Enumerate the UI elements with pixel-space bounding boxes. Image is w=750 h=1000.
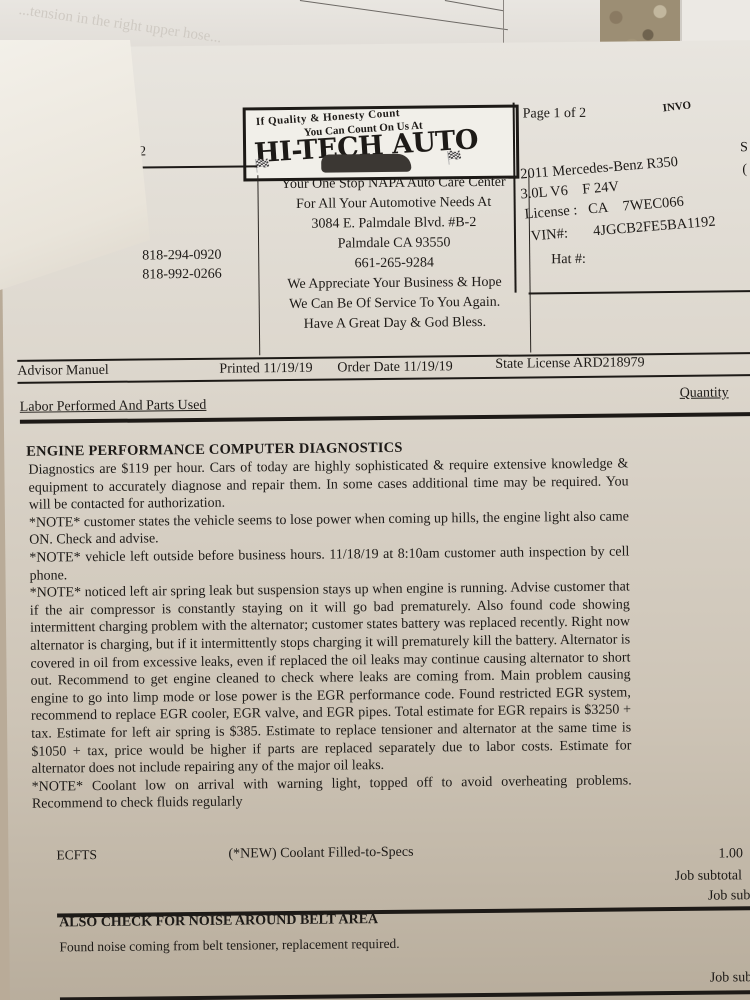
background-rule <box>445 0 504 11</box>
car-icon <box>321 154 411 173</box>
checkered-flag-icon: 🏁 <box>446 150 462 166</box>
shop-city: Palmdale CA 93550 <box>259 232 529 254</box>
shop-phone: 661-265-9284 <box>259 252 529 274</box>
job-subtotal-label: Job subt <box>708 888 750 904</box>
vin-label: VIN#: <box>530 226 568 245</box>
shop-tagline: Your One Stop NAPA Auto Care Center <box>258 172 528 194</box>
line-item-description: (*NEW) Coolant Filled-to-Specs <box>228 845 413 863</box>
header-rule <box>529 290 750 294</box>
license-plate: 7WEC066 <box>622 194 684 215</box>
shop-logo: If Quality & Honesty Count You Can Count… <box>243 105 520 182</box>
shop-thanks: We Can Be Of Service To You Again. <box>260 292 530 314</box>
job-title: ALSO CHECK FOR NOISE AROUND BELT AREA <box>59 912 378 931</box>
line-item-code: ECFTS <box>56 847 97 863</box>
shop-tagline: For All Your Automotive Needs At <box>259 192 529 214</box>
shop-thanks: Have A Great Day & God Bless. <box>260 312 530 334</box>
customer-phones: 818-294-0920 818-992-0266 <box>142 246 222 285</box>
quantity-header: Quantity <box>680 385 729 402</box>
license-state: CA <box>588 200 609 218</box>
state-license: State License ARD218979 <box>495 355 644 373</box>
line-item-quantity: 1.00 <box>718 846 743 862</box>
page-number: Page 1 of 2 <box>523 106 587 123</box>
job-separator-rule <box>60 990 750 1000</box>
shop-address: 3084 E. Palmdale Blvd. #B-2 <box>259 212 529 234</box>
labor-header: Labor Performed And Parts Used <box>20 398 207 416</box>
job-description: Found noise coming from belt tensioner, … <box>59 936 399 956</box>
job-subtotal-label: Job subtotal <box>675 868 742 885</box>
printed-date: Printed 11/19/19 <box>219 361 312 378</box>
job-paragraph: Diagnostics are $119 per hour. Cars of t… <box>28 455 629 514</box>
edge-char: ( <box>742 162 747 178</box>
background-rule <box>300 0 508 30</box>
edge-char: S <box>740 140 748 156</box>
vehicle-model: 2011 Mercedes-Benz R350 <box>520 154 679 184</box>
customer-phone: 818-294-0920 <box>142 246 222 266</box>
hat-number-label: Hat #: <box>551 252 586 268</box>
advisor: Advisor Manuel <box>17 363 109 380</box>
job-description: Diagnostics are $119 per hour. Cars of t… <box>28 455 632 813</box>
customer-phone: 818-992-0266 <box>142 265 222 285</box>
license-label: License : <box>524 202 578 222</box>
order-date: Order Date 11/19/19 <box>337 359 453 376</box>
shop-info-box: Your One Stop NAPA Auto Care Center For … <box>257 172 531 355</box>
job-note: *NOTE* noticed left air spring leak but … <box>30 579 632 779</box>
job-subtotal-label: Job subt <box>710 970 750 986</box>
job-note: *NOTE* Coolant low on arrival with warni… <box>32 772 632 813</box>
shop-thanks: We Appreciate Your Business & Hope <box>259 272 529 294</box>
vin-value: 4JGCB2FE5BA1192 <box>593 214 717 240</box>
invoice-corner-text: INVO <box>662 99 692 114</box>
